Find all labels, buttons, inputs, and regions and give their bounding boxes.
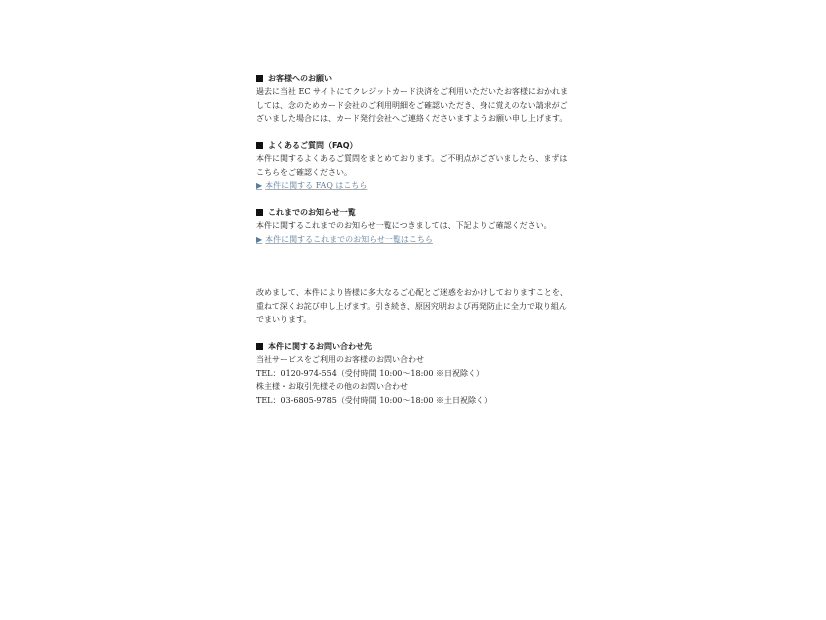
section-heading: お客様へのお願い bbox=[256, 72, 574, 85]
square-bullet-icon bbox=[256, 343, 263, 350]
contact-customer-phone: TEL：0120-974-554（受付時間 10:00～18:00 ※日祝除く） bbox=[256, 367, 574, 380]
heading-text: 本件に関するお問い合わせ先 bbox=[268, 342, 372, 351]
link-label: 本件に関する FAQ はこちら bbox=[265, 181, 367, 190]
triangle-right-icon: ▶ bbox=[256, 181, 262, 190]
apology-text: 改めまして、本件により皆様に多大なるご心配とご迷惑をおかけしておりますことを、重… bbox=[256, 286, 574, 326]
section-body: 本件に関するよくあるご質問をまとめております。ご不明点がございましたら、まずはこ… bbox=[256, 152, 574, 179]
section-heading: これまでのお知らせ一覧 bbox=[256, 206, 574, 219]
section-heading: よくあるご質問（FAQ） bbox=[256, 139, 574, 152]
contact-shareholder-phone: TEL：03-6805-9785（受付時間 10:00～18:00 ※土日祝除く… bbox=[256, 394, 574, 407]
triangle-right-icon: ▶ bbox=[256, 235, 262, 244]
news-list-link[interactable]: ▶本件に関するこれまでのお知らせ一覧はこちら bbox=[256, 233, 433, 246]
section-heading: 本件に関するお問い合わせ先 bbox=[256, 340, 574, 353]
section-customer-request: お客様へのお願い 過去に当社 EC サイトにてクレジットカード決済をご利用いただ… bbox=[256, 72, 574, 126]
square-bullet-icon bbox=[256, 209, 263, 216]
spacer bbox=[256, 260, 574, 287]
section-contact: 本件に関するお問い合わせ先 当社サービスをご利用のお客様のお問い合わせ TEL：… bbox=[256, 340, 574, 407]
heading-text: お客様へのお願い bbox=[268, 74, 332, 83]
section-apology: 改めまして、本件により皆様に多大なるご心配とご迷惑をおかけしておりますことを、重… bbox=[256, 286, 574, 326]
heading-text: よくあるご質問（FAQ） bbox=[268, 141, 358, 150]
section-faq: よくあるご質問（FAQ） 本件に関するよくあるご質問をまとめております。ご不明点… bbox=[256, 139, 574, 193]
section-news-list: これまでのお知らせ一覧 本件に関するこれまでのお知らせ一覧につきましては、下記よ… bbox=[256, 206, 574, 246]
square-bullet-icon bbox=[256, 75, 263, 82]
section-body: 過去に当社 EC サイトにてクレジットカード決済をご利用いただいたお客様におかれ… bbox=[256, 85, 574, 125]
section-body: 本件に関するこれまでのお知らせ一覧につきましては、下記よりご確認ください。 bbox=[256, 219, 574, 232]
faq-link[interactable]: ▶本件に関する FAQ はこちら bbox=[256, 179, 367, 192]
contact-shareholder-label: 株主様・お取引先様その他のお問い合わせ bbox=[256, 380, 574, 393]
heading-text: これまでのお知らせ一覧 bbox=[268, 208, 356, 217]
link-label: 本件に関するこれまでのお知らせ一覧はこちら bbox=[265, 235, 433, 244]
notice-content: お客様へのお願い 過去に当社 EC サイトにてクレジットカード決済をご利用いただ… bbox=[256, 72, 574, 420]
contact-customer-label: 当社サービスをご利用のお客様のお問い合わせ bbox=[256, 353, 574, 366]
square-bullet-icon bbox=[256, 142, 263, 149]
